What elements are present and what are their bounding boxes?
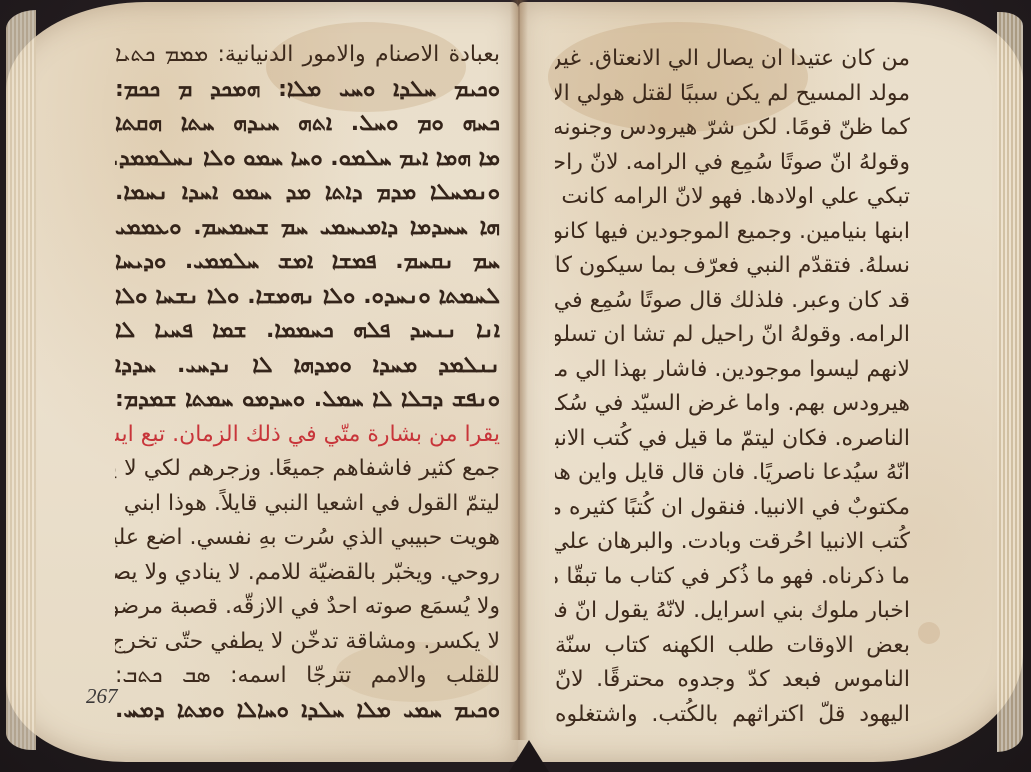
left-page-edges (6, 10, 36, 750)
text-line: مكتوبٌ في الانبيا. فنقول ان كُتبًا كثيره… (555, 491, 910, 526)
text-line: لانهم ليسوا موجودين. فاشار بهذا الي ما ف… (555, 353, 910, 388)
folio-number: 267 (86, 684, 118, 709)
garshuni-line: ܘܟܝܡ ܚܡܝ ܡܠܐ ܚܠܕܐ ܘܚܐܠܐ ܘܡܬܐ ܕܡܚ. (115, 694, 500, 729)
book-gutter (510, 0, 528, 740)
text-line-with-heading: للقلب والامم تترجّا اسمه: ܣܒ ܟܬܒ: (115, 659, 500, 694)
text-line: جمع كثير فاشفاهم جميعًا. وزجرهم لكي لا ي… (115, 452, 500, 487)
text-line: هويت حبيبي الذي سُرت بهِ نفسي. اضع عليه (115, 521, 500, 556)
garshuni-line: ܐܢܐ ܢܢܚܕ ܦܠܗ ܟܚܡܡܐ. ܫܡܐ ܦܚܝܐ ܠܐ (115, 314, 500, 349)
garshuni-line: ܘܢܦܫ ܕܒܠܐ ܠܐ ܚܡܠ. ܘܚܕܡܘ ܚܡܬܐ ܫܡܕܡ: (115, 383, 500, 418)
garshuni-line: ܚܡ ܢܩܚܡ. ܦܡܫܐ ܐܡܫ ܚܠܡܡܝ. ܘܕܝܚܐ (115, 245, 500, 280)
rubric-line: ܘܟܝܡ ܚܠܕܐ ܘܚܝ ܡܠܐ: ܗܡܟܕ ܡ ܟܟܡ: (115, 73, 500, 108)
text-line: من كان عتيدا ان يصال الي الانعتاق. غير ا… (555, 42, 910, 77)
garshuni-line: ܘܢܡܚܠܐ ܡܕܡ ܕܐܬܐ ܡܕ ܚܡܘ ܐܚܕܐ ܢܚܡܐ. (115, 176, 500, 211)
text-line: اليهود قلّ اكتراثهم بالكُتب. واشتغلوه (555, 698, 910, 733)
text-line: هيرودس بهم. واما غرض السيّد في سُكناه (555, 387, 910, 422)
text-line: بعبادة الاصنام والامور الدنيانية: ܡܡܡ ܟܬ… (115, 38, 500, 73)
text-line: ولا يُسمَع صوته احدٌ في الازقّه. قصبة مر… (115, 590, 500, 625)
text-line: وقولهُ انّ صوتًا سُمِع في الرامه. لانّ ر… (555, 146, 910, 181)
text-line: الناموس فبعد كدّ وجدوه محترقًا. لانّ (555, 663, 910, 698)
text-line: روحي. ويخبّر بالقضيّة للامم. لا ينادي ول… (115, 556, 500, 591)
text-line: ابنها بنيامين. وجميع الموجودين فيها كانو… (555, 215, 910, 250)
text-line: الرامه. وقولهُ انّ راحيل لم تشا ان تسلوا… (555, 318, 910, 353)
open-manuscript: بعبادة الاصنام والامور الدنيانية: ܡܡܡ ܟܬ… (0, 0, 1031, 772)
text-line: كما ظنّ قومًا. لكن شرّ هيرودس وجنونه. (555, 111, 910, 146)
left-page-text: بعبادة الاصنام والامور الدنيانية: ܡܡܡ ܟܬ… (115, 38, 500, 728)
garshuni-line: ܟܚܗ ܘܡ ܘܚܠ. ܐܬܗ ܚܝܕܗ ܚܬܐ ܗܩܬܐ (115, 107, 500, 142)
text-line: اخبار ملوك بني اسرايل. لانّهُ يقول انّ ف… (555, 594, 910, 629)
gospel-rubric-line: يقرا من بشارة متّي في ذلك الزمان. تبع اي… (115, 418, 500, 453)
text-line: لا يكسر. ومشاقة تدخّن لا يطفي حتّى تخرج … (115, 625, 500, 660)
text-line: ليتمّ القول في اشعيا النبي قايلاً. هوذا … (115, 487, 500, 522)
text-line: بعض الاوقات طلب الكهنه كتاب سنّة (555, 629, 910, 664)
garshuni-line: ܡܐ ܗܡܐ ܐܝܡ ܚܠܡܘ. ܘܚܐ ܚܡܘ ܘܠܐ ܢܚܠܡܡܕ. (115, 142, 500, 177)
text-line: انّهُ سيُدعا ناصريًا. فان قال قايل واين … (555, 456, 910, 491)
right-page-text: من كان عتيدا ان يصال الي الانعتاق. غير ا… (555, 42, 910, 732)
ink-spot (918, 622, 940, 644)
garshuni-line: ܠܚܡܬܐ ܘܢܚܕܘ. ܘܠܐ ܢܗܡܫܐ. ܘܠܐ ܢܫܚܐ ܘܠܐ (115, 280, 500, 315)
garshuni-line: ܗܐ ܚܚܕܡܐ ܕܐܡܝܚܡܝ ܚܡ ܫܚܡܚܡ. ܘܥܡܡܝ (115, 211, 500, 246)
text-line: نسلهُ. فتقدّم النبي فعرّف بما سيكون كانّ… (555, 249, 910, 284)
text-line: كُتب الانبيا احُرقت وبادت. والبرهان علي (555, 525, 910, 560)
right-page-edges (997, 12, 1023, 752)
text-line: قد كان وعبر. فلذلك قال صوتًا سُمِع في (555, 284, 910, 319)
text-line: مولد المسيح لم يكن سببًا لقتل هولي الاطف… (555, 77, 910, 112)
text-line: الناصره. فكان ليتمّ ما قيل في كُتب الانب… (555, 422, 910, 457)
garshuni-line: ܢܢܠܡܕ ܡܚܕܐ ܘܡܕܗܐ ܠܐ ܢܕܚܝ. ܚܕܕܐ (115, 349, 500, 384)
text-line: ما ذكرناه. فهو ما ذُكر في كتاب ما تبقّا … (555, 560, 910, 595)
text-line: تبكي علي اولادها. فهو لانّ الرامه كانت ب… (555, 180, 910, 215)
